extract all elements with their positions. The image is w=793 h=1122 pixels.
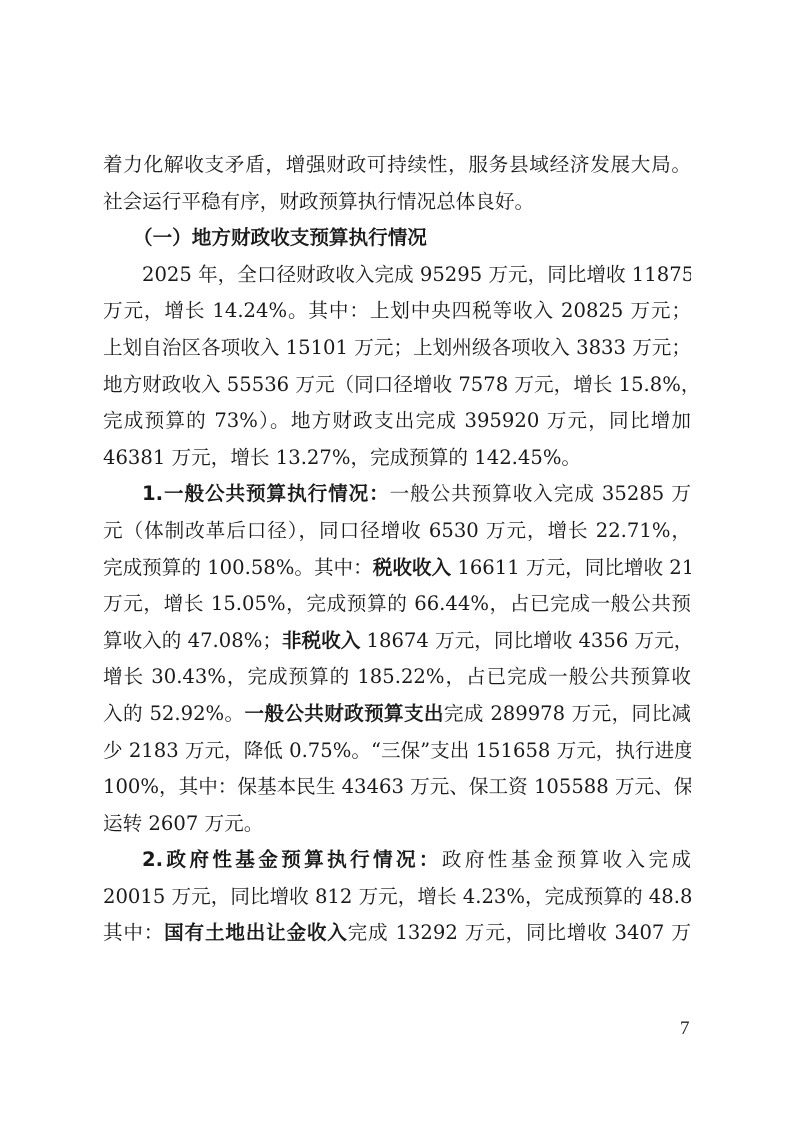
text-run: 运转 2607 万元。	[103, 812, 263, 835]
subheading-government-fund: 2.政府性基金预算执行情况：	[142, 848, 442, 871]
text-run: 完成 13292 万元，同比增收 3407 万	[348, 921, 691, 944]
text-run: 16611 万元，同比增收 2173	[451, 556, 691, 579]
bold-term-land-transfer-revenue: 国有土地出让金收入	[164, 921, 347, 944]
paragraph-line: 算收入的 47.08%；非税收入 18674 万元，同比增收 4356 万元，	[103, 623, 691, 660]
text-run: 地方财政收入 55536 万元（同口径增收 7578 万元，增长 15.8%，	[103, 373, 691, 396]
text-run: 万元，增长 14.24%。其中：上划中央四税等收入 20825 万元；	[103, 299, 691, 322]
page-number: 7	[680, 1018, 690, 1040]
text-run: 46381 万元，增长 13.27%，完成预算的 142.45%。	[103, 446, 581, 469]
section-heading: （一）地方财政收支预算执行情况	[103, 220, 691, 257]
paragraph-line: 其中：国有土地出让金收入完成 13292 万元，同比增收 3407 万	[103, 915, 691, 952]
paragraph-line: 地方财政收入 55536 万元（同口径增收 7578 万元，增长 15.8%，	[103, 367, 691, 404]
text-run: 20015 万元，同比增收 812 万元，增长 4.23%，完成预算的 48.8…	[103, 885, 691, 908]
paragraph-line: 万元，增长 14.24%。其中：上划中央四税等收入 20825 万元；	[103, 293, 691, 330]
paragraph-line: 20015 万元，同比增收 812 万元，增长 4.23%，完成预算的 48.8…	[103, 879, 691, 916]
paragraph-line: 入的 52.92%。一般公共财政预算支出完成 289978 万元，同比减	[103, 696, 691, 733]
text-run: 算收入的 47.08%；	[103, 629, 282, 652]
text-run: 完成预算的 100.58%。其中：	[103, 556, 373, 579]
paragraph-line: 上划自治区各项收入 15101 万元；上划州级各项收入 3833 万元；	[103, 330, 691, 367]
paragraph-line: 增长 30.43%，完成预算的 185.22%，占已完成一般公共预算收	[103, 659, 691, 696]
text-run: 一般公共预算收入完成 35285 万	[390, 482, 691, 505]
paragraph-line: 完成预算的 100.58%。其中：税收收入 16611 万元，同比增收 2173	[103, 550, 691, 587]
paragraph-line: 着力化解收支矛盾，增强财政可持续性，服务县域经济发展大局。	[103, 147, 691, 184]
bold-term-non-tax-revenue: 非税收入	[282, 629, 360, 652]
text-run: 上划自治区各项收入 15101 万元；上划州级各项收入 3833 万元；	[103, 336, 691, 359]
text-run: 完成预算的 73%）。地方财政支出完成 395920 万元，同比增加	[103, 409, 691, 432]
text-run: 增长 30.43%，完成预算的 185.22%，占已完成一般公共预算收	[103, 665, 691, 688]
bold-term-tax-revenue: 税收收入	[373, 556, 451, 579]
text-run: 100%，其中：保基本民生 43463 万元、保工资 105588 万元、保	[103, 775, 691, 798]
paragraph-line: 46381 万元，增长 13.27%，完成预算的 142.45%。	[103, 440, 691, 477]
text-run: 其中：	[103, 921, 164, 944]
text-run: 着力化解收支矛盾，增强财政可持续性，服务县域经济发展大局。	[103, 153, 691, 176]
text-run: 万元，增长 15.05%，完成预算的 66.44%，占已完成一般公共预	[103, 592, 691, 615]
text-run: 完成 289978 万元，同比减	[444, 702, 691, 725]
paragraph-line: 2.政府性基金预算执行情况：政府性基金预算收入完成	[103, 842, 691, 879]
subheading-general-budget: 1.一般公共预算执行情况：	[142, 482, 390, 505]
bold-term-general-expenditure: 一般公共财政预算支出	[244, 702, 443, 725]
paragraph-line: 1.一般公共预算执行情况：一般公共预算收入完成 35285 万	[103, 476, 691, 513]
text-run: 政府性基金预算收入完成	[442, 848, 691, 871]
paragraph-line: 100%，其中：保基本民生 43463 万元、保工资 105588 万元、保	[103, 769, 691, 806]
text-run: 2025 年，全口径财政收入完成 95295 万元，同比增收 11875	[142, 263, 691, 286]
document-page: 着力化解收支矛盾，增强财政可持续性，服务县域经济发展大局。 社会运行平稳有序，财…	[0, 0, 793, 1122]
text-run: 入的 52.92%。	[103, 702, 244, 725]
heading-text: （一）地方财政收支预算执行情况	[133, 226, 427, 249]
paragraph-line: 万元，增长 15.05%，完成预算的 66.44%，占已完成一般公共预	[103, 586, 691, 623]
text-run: 18674 万元，同比增收 4356 万元，	[360, 629, 691, 652]
paragraph-line: 元（体制改革后口径），同口径增收 6530 万元，增长 22.71%，	[103, 513, 691, 550]
text-run: 少 2183 万元，降低 0.75%。“三保”支出 151658 万元，执行进度	[103, 739, 691, 762]
paragraph-line: 运转 2607 万元。	[103, 806, 691, 843]
text-run: 社会运行平稳有序，财政预算执行情况总体良好。	[103, 190, 534, 213]
paragraph-line: 完成预算的 73%）。地方财政支出完成 395920 万元，同比增加	[103, 403, 691, 440]
text-run: 元（体制改革后口径），同口径增收 6530 万元，增长 22.71%，	[103, 519, 691, 542]
body-text: 着力化解收支矛盾，增强财政可持续性，服务县域经济发展大局。 社会运行平稳有序，财…	[103, 147, 691, 952]
paragraph-line: 2025 年，全口径财政收入完成 95295 万元，同比增收 11875	[103, 257, 691, 294]
paragraph-line: 社会运行平稳有序，财政预算执行情况总体良好。	[103, 184, 691, 221]
paragraph-line: 少 2183 万元，降低 0.75%。“三保”支出 151658 万元，执行进度	[103, 733, 691, 770]
